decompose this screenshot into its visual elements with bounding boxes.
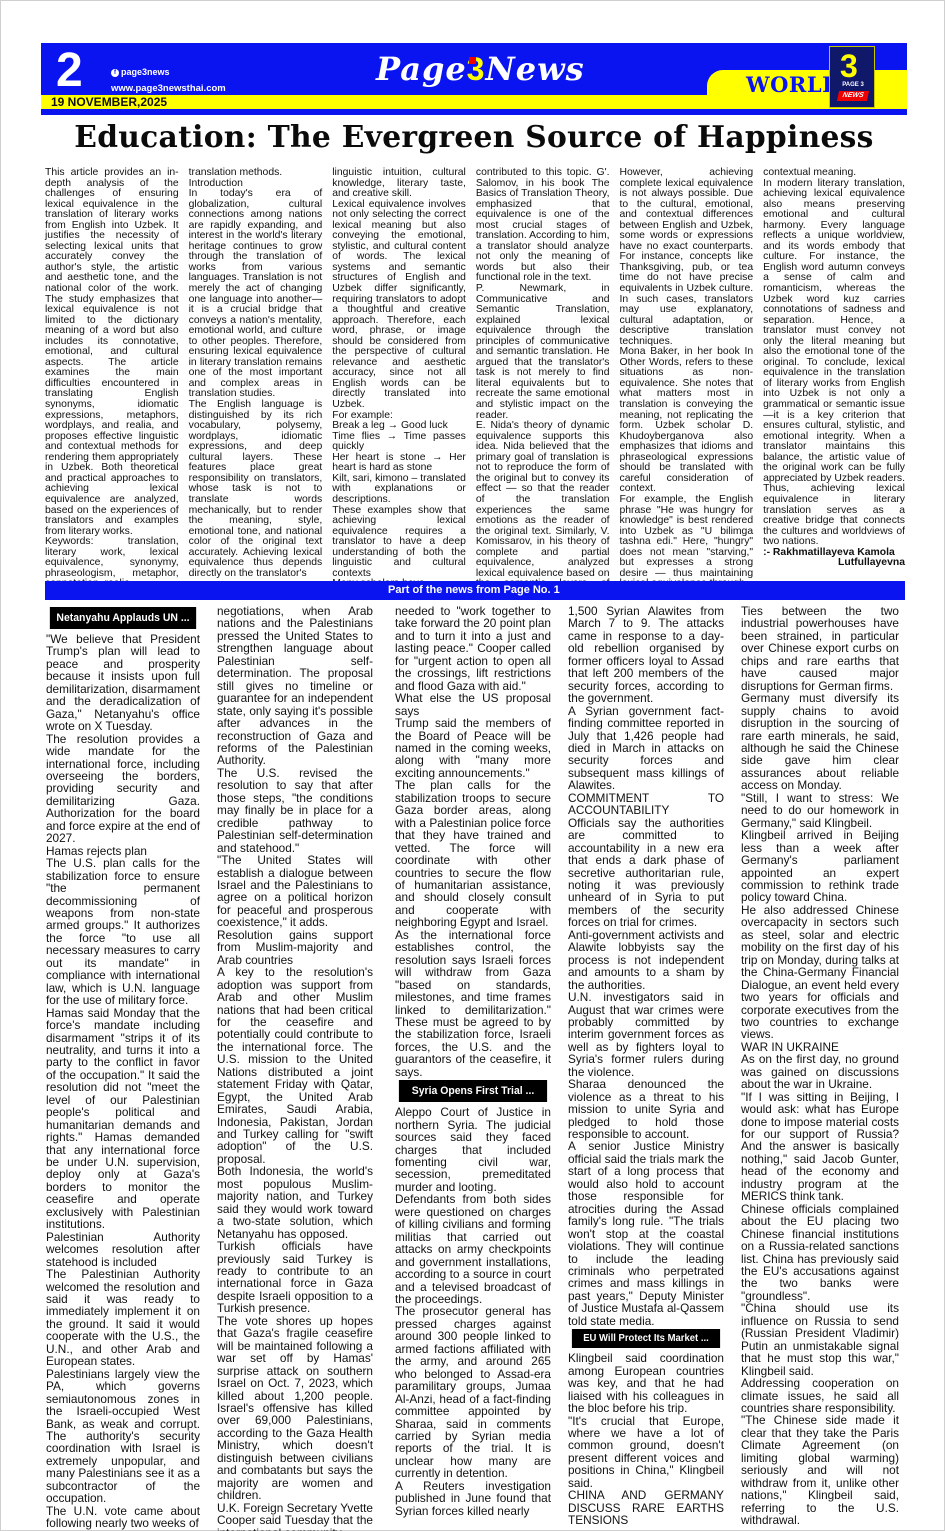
- article-column-1: This article provides an in-depth analys…: [45, 168, 189, 573]
- news-paragraph: The resolution provides a wide mandate f…: [46, 733, 200, 845]
- news-paragraph: The prosecutor general has pressed charg…: [395, 1305, 551, 1479]
- article-paragraph: P. Newmark, in Communicative and Semanti…: [476, 284, 610, 421]
- news-paragraph: Addressing cooperation on climate issues…: [741, 1377, 899, 1414]
- news-subheading: What else the US proposal says: [395, 692, 551, 717]
- brand-right: News: [485, 50, 584, 88]
- news-paragraph: A senior Justice Ministry official said …: [568, 1140, 724, 1327]
- main-article: This article provides an in-depth analys…: [45, 168, 905, 573]
- news-paragraph: Hamas said Monday that the force's manda…: [46, 1007, 200, 1231]
- article-headline: Education: The Evergreen Source of Happi…: [45, 120, 902, 155]
- issue-date: 19 NOVEMBER,2025: [51, 96, 167, 109]
- article-paragraph: Lexical equivalence involves not only se…: [332, 200, 466, 411]
- news-paragraph: 1,500 Syrian Alawites from March 7 to 9.…: [568, 605, 724, 705]
- masthead-rule: [41, 109, 907, 115]
- news-paragraph: Anti-government activists and Alawite lo…: [568, 929, 724, 991]
- article-paragraph: E. Nida's theory of dynamic equivalence …: [476, 421, 610, 600]
- news-paragraph: "It's crucial that Europe, where we have…: [568, 1415, 724, 1490]
- news-paragraph: Germany must diversify its supply chains…: [741, 692, 899, 792]
- abstract-paragraph: This article provides an in-depth analys…: [45, 168, 179, 537]
- news-paragraph: "The United States will establish a dial…: [217, 854, 373, 929]
- news-paragraph: "China should use its influence on Russi…: [741, 1302, 899, 1377]
- article-column-2: translation methods. Introduction In tod…: [189, 168, 333, 573]
- news-paragraph: needed to "work together to take forward…: [395, 605, 551, 692]
- article-paragraph: These examples show that achieving lexic…: [332, 506, 466, 580]
- facebook-icon: f: [111, 69, 119, 77]
- article-paragraph: For example, the English phrase "He was …: [620, 495, 754, 590]
- author-byline-surname: Lutfullayevna: [763, 558, 905, 569]
- news-paragraph: The Palestinian Authority welcomed the r…: [46, 1268, 200, 1368]
- news-paragraph: U.N. investigators said in August that w…: [568, 991, 724, 1078]
- news-paragraph: The U.N. vote came about following nearl…: [46, 1505, 200, 1530]
- news-paragraph: Both Indonesia, the world's most populou…: [217, 1165, 373, 1240]
- news-paragraph: Palestinians largely view the PA, which …: [46, 1368, 200, 1505]
- news-paragraph: Chinese officials complained about the E…: [741, 1203, 899, 1303]
- article-paragraph: In modern literary translation, achievin…: [763, 179, 905, 548]
- brand-logo: Page3News: [376, 49, 585, 89]
- article-paragraph: The English language is distinguished by…: [189, 400, 323, 579]
- news-paragraph: "Still, I want to stress: We need to do …: [741, 792, 899, 829]
- article-column-3: linguistic intuition, cultural knowledge…: [332, 168, 476, 573]
- news-paragraph: Aleppo Court of Justice in northern Syri…: [395, 1106, 551, 1193]
- news-paragraph: As on the first day, no ground was gaine…: [741, 1053, 899, 1090]
- news-paragraph: Defendants from both sides were question…: [395, 1193, 551, 1305]
- article-paragraph: linguistic intuition, cultural knowledge…: [332, 168, 466, 200]
- brand-three: 3: [467, 51, 486, 87]
- news-paragraph: U.K. Foreign Secretary Yvette Cooper sai…: [217, 1502, 373, 1531]
- news-paragraph: The U.S. plan calls for the stabilizatio…: [46, 857, 200, 1006]
- website-link[interactable]: www.page3newsthai.com: [111, 83, 226, 94]
- article-column-6: contextual meaning. In modern literary t…: [763, 168, 905, 573]
- social-handle[interactable]: fpage3news: [111, 67, 170, 77]
- story-heading-eu: EU Will Protect Its Market ...: [572, 1329, 720, 1348]
- news-subheading: COMMITMENT TO ACCOUNTABILITY: [568, 792, 724, 817]
- logo-small-text: PAGE 3: [834, 82, 872, 88]
- news-paragraph: A Syrian government fact-finding committ…: [568, 705, 724, 792]
- article-paragraph: However, achieving complete lexical equi…: [620, 168, 754, 347]
- news-paragraph: Turkish officials have previously said T…: [217, 1240, 373, 1315]
- story-heading-netanyahu: Netanyahu Applauds UN ...: [50, 607, 196, 629]
- news-paragraph: The plan calls for the stabilization tro…: [395, 779, 551, 928]
- news-paragraph: "We believe that President Trump's plan …: [46, 633, 200, 733]
- example-line: Her heart is stone → Her heart is hard a…: [332, 453, 466, 474]
- article-paragraph: Mona Baker, in her book In Other Words, …: [620, 347, 754, 495]
- section-label: WORLD: [746, 72, 841, 97]
- news-paragraph: "If I was sitting in Beijing, I would as…: [741, 1091, 899, 1203]
- continuation-label: Part of the news from Page No. 1: [388, 584, 560, 596]
- news-paragraph: Klingbeil said coordination among Europe…: [568, 1352, 724, 1414]
- continued-news: Netanyahu Applauds UN ... "We believe th…: [45, 605, 905, 1485]
- news-paragraph: The U.S. revised the resolution to say t…: [217, 767, 373, 854]
- continuation-band: Part of the news from Page No. 1: [45, 581, 905, 600]
- news-column-3: needed to "work together to take forward…: [395, 605, 551, 1517]
- logo-news-tag: NEWS: [837, 91, 869, 101]
- news-paragraph: Trump said the members of the Board of P…: [395, 717, 551, 779]
- news-column-5: Ties between the two industrial powerhou…: [741, 605, 899, 1527]
- article-paragraph: In today's era of globalization, cultura…: [189, 189, 323, 400]
- news-paragraph: As the international force establishes c…: [395, 929, 551, 1078]
- masthead: 2 fpage3news www.page3newsthai.com 19 NO…: [41, 43, 907, 115]
- article-paragraph: contextual meaning.: [763, 168, 905, 179]
- news-subheading: Resolution gains support from Muslim-maj…: [217, 929, 373, 966]
- news-paragraph: He also addressed Chinese overcapacity i…: [741, 904, 899, 1041]
- news-paragraph: Officials say the authorities are commit…: [568, 817, 724, 929]
- article-paragraph: contributed to this topic. G'. Salomov, …: [476, 168, 610, 284]
- news-paragraph: Klingbeil arrived in Beijing less than a…: [741, 829, 899, 904]
- page-number: 2: [56, 45, 83, 97]
- example-line: Kilt, sari, kimono – translated with exp…: [332, 474, 466, 506]
- news-subheading: CHINA AND GERMANY DISCUSS RARE EARTHS TE…: [568, 1489, 724, 1526]
- example-line: Time flies → Time passes quickly: [332, 432, 466, 453]
- news-paragraph: A Reuters investigation published in Jun…: [395, 1480, 551, 1517]
- news-paragraph: Sharaa denounced the violence as a threa…: [568, 1078, 724, 1140]
- article-column-4: contributed to this topic. G'. Salomov, …: [476, 168, 620, 573]
- news-column-2: negotiations, when Arab nations and the …: [217, 605, 373, 1531]
- news-paragraph: The vote shores up hopes that Gaza's fra…: [217, 1315, 373, 1502]
- news-column-4: 1,500 Syrian Alawites from March 7 to 9.…: [568, 605, 724, 1527]
- story-heading-syria: Syria Opens First Trial ...: [399, 1080, 547, 1102]
- news-paragraph: Ties between the two industrial powerhou…: [741, 605, 899, 692]
- news-paragraph: negotiations, when Arab nations and the …: [217, 605, 373, 767]
- social-handle-text: page3news: [121, 67, 170, 77]
- news-paragraph: "The Chinese side made it clear that the…: [741, 1414, 899, 1526]
- brand-left: Page: [376, 50, 467, 88]
- logo-number: 3: [840, 49, 858, 83]
- news-subheading: Palestinian Authority welcomes resolutio…: [46, 1231, 200, 1268]
- news-paragraph: A key to the resolution's adoption was s…: [217, 966, 373, 1165]
- news-column-1: Netanyahu Applauds UN ... "We believe th…: [46, 605, 200, 1530]
- article-column-5: However, achieving complete lexical equi…: [620, 168, 764, 573]
- page3-logo-badge: 3 PAGE 3 NEWS: [829, 46, 875, 108]
- article-paragraph: translation methods.: [189, 168, 323, 179]
